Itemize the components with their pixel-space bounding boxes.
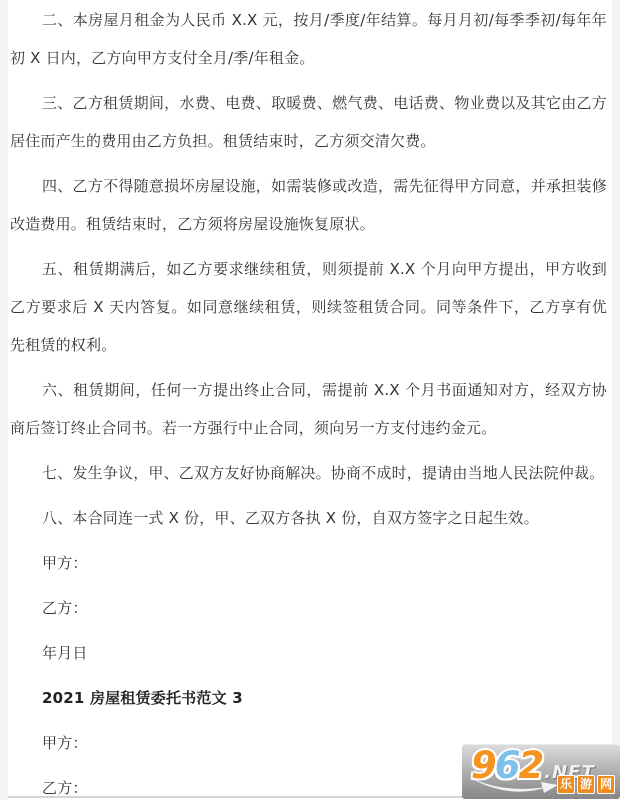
party-a-signature-line: 甲方： bbox=[10, 544, 607, 582]
clause-copies-effective: 八、本合同连一式 X 份，甲、乙双方各执 X 份，自双方签字之日起生效。 bbox=[10, 499, 607, 537]
document-page: 二、本房屋月租金为人民币 X.X 元，按月/季度/年结算。每月月初/每季季初/每… bbox=[0, 0, 620, 800]
section-heading: 2021 房屋租赁委托书范文 3 bbox=[10, 679, 607, 717]
watermark-site-name: 乐 游 网 bbox=[557, 775, 615, 794]
clause-utility-fees: 三、乙方租赁期间，水费、电费、取暖费、燃气费、电话费、物业费以及其它由乙方居住而… bbox=[10, 84, 607, 160]
clause-rent-payment: 二、本房屋月租金为人民币 X.X 元，按月/季度/年结算。每月月初/每季季初/每… bbox=[10, 1, 607, 77]
site-char-badge: 网 bbox=[597, 775, 615, 794]
party-b-signature-line: 乙方： bbox=[10, 589, 607, 627]
clause-facility-damage: 四、乙方不得随意损坏房屋设施，如需装修或改造，需先征得甲方同意，并承担装修改造费… bbox=[10, 167, 607, 243]
swoosh-arrow-icon bbox=[467, 774, 559, 796]
clause-lease-renewal: 五、租赁期满后，如乙方要求继续租赁，则须提前 X.X 个月向甲方提出，甲方收到乙… bbox=[10, 250, 607, 364]
clause-termination: 六、租赁期间，任何一方提出终止合同，需提前 X.X 个月书面通知对方，经双方协商… bbox=[10, 371, 607, 447]
site-char-badge: 乐 bbox=[557, 775, 575, 794]
site-char-badge: 游 bbox=[577, 775, 595, 794]
962net-watermark-logo: 9 6 2 .NET 乐 游 网 bbox=[462, 744, 620, 799]
clause-dispute: 七、发生争议，甲、乙双方友好协商解决。协商不成时，提请由当地人民法院仲裁。 bbox=[10, 454, 607, 492]
date-line: 年月日 bbox=[10, 634, 607, 672]
